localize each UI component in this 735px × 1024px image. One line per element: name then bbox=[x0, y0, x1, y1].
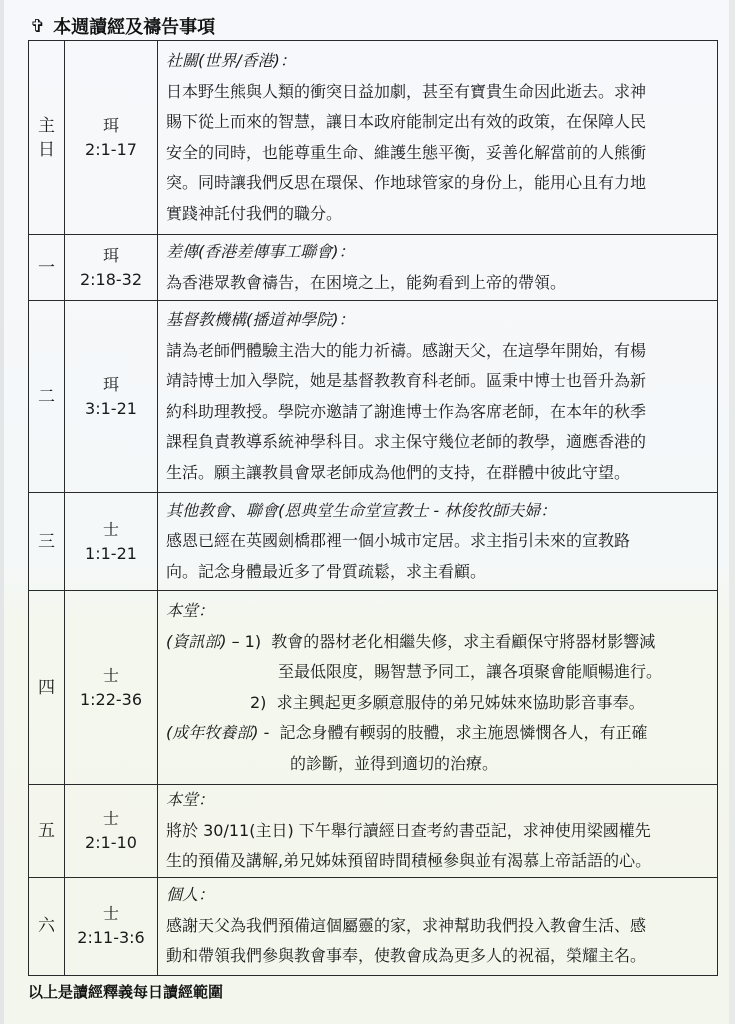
day-cell: 四 bbox=[29, 591, 65, 785]
text-line: 請為老師們體驗主浩大的能力祈禱。感謝天父，在這學年開始，有楊 bbox=[166, 336, 709, 367]
chapter-verse: 2:1-10 bbox=[66, 831, 156, 855]
category-label: 其他教會、聯會(恩典堂生命堂宣教士 - 林俊牧師夫婦： bbox=[166, 496, 709, 527]
item-number: – 1) bbox=[227, 632, 262, 651]
prayer-content: 個人： 感謝天父為我們預備這個屬靈的家，求神幫助我們投入教會生活、感 動和帶領我… bbox=[158, 877, 718, 975]
text-line: 課程負責教導系統神學科目。求主保守幾位老師的教學，適應香港的 bbox=[166, 427, 709, 458]
text-line: 至最低限度，賜智慧予同工，讓各項聚會能順暢進行。 bbox=[166, 657, 709, 688]
table-row: 一 珥 2:18-32 差傳(香港差傳事工聯會)： 為香港眾教會禱告，在困境之上… bbox=[29, 235, 718, 301]
text-line: 安全的同時，也能尊重生命、維護生態平衡，妥善化解當前的人熊衝 bbox=[166, 138, 709, 169]
text-line: 將於 30/11(主日) 下午舉行讀經日查考約書亞記，求神使用梁國權先 bbox=[166, 816, 709, 847]
reference-cell: 珥 3:1-21 bbox=[65, 301, 158, 493]
prayer-content: 社關(世界/香港)： 日本野生熊與人類的衝突日益加劇，甚至有寶貴生命因此逝去。求… bbox=[158, 41, 718, 235]
item-text: 求主興起更多願意服侍的弟兄姊妹來協助影音事奉。 bbox=[277, 693, 645, 712]
prayer-content: 其他教會、聯會(恩典堂生命堂宣教士 - 林俊牧師夫婦： 感恩已經在英國劍橋郡裡一… bbox=[158, 493, 718, 591]
book-name: 士 bbox=[66, 518, 156, 542]
chapter-verse: 1:22-36 bbox=[66, 688, 156, 712]
book-name: 珥 bbox=[66, 373, 156, 397]
day-cell: 三 bbox=[29, 493, 65, 591]
chapter-verse: 3:1-21 bbox=[66, 397, 156, 421]
text-line: 賜下從上而來的智慧，讓日本政府能制定出有效的政策，在保障人民 bbox=[166, 107, 709, 138]
chapter-verse: 2:11-3:6 bbox=[66, 926, 156, 950]
reference-cell: 士 2:11-3:6 bbox=[65, 877, 158, 975]
table-row: 五 士 2:1-10 本堂： 將於 30/11(主日) 下午舉行讀經日查考約書亞… bbox=[29, 785, 718, 878]
text-line: 感恩已經在英國劍橋郡裡一個小城市定居。求主指引未來的宣教路 bbox=[166, 526, 709, 557]
table-row: 二 珥 3:1-21 基督教機構(播道神學院)： 請為老師們體驗主浩大的能力祈禱… bbox=[29, 301, 718, 493]
text-line: 生的預備及講解,弟兄姊妹預留時間積極參與並有渴慕上帝話語的心。 bbox=[166, 846, 709, 877]
category-label: 基督教機構(播道神學院)： bbox=[166, 305, 709, 336]
text-line: 為香港眾教會禱告，在困境之上，能夠看到上帝的帶領。 bbox=[166, 268, 709, 299]
text-line: 的診斷，並得到適切的治療。 bbox=[166, 749, 709, 780]
department-label: (成年牧養部) bbox=[166, 723, 259, 742]
category-label: 社關(世界/香港)： bbox=[166, 46, 709, 77]
scrollbar-track[interactable] bbox=[729, 0, 735, 1024]
text-line: 日本野生熊與人類的衝突日益加劇，甚至有寶貴生命因此逝去。求神 bbox=[166, 77, 709, 108]
reference-cell: 士 1:22-36 bbox=[65, 591, 158, 785]
title-text: 本週讀經及禱告事項 bbox=[53, 13, 215, 39]
prayer-page: ✞ 本週讀經及禱告事項 主日 珥 2:1-17 社關(世界/香港)： 日本野生熊… bbox=[28, 12, 718, 1004]
cross-icon: ✞ bbox=[30, 16, 45, 37]
item-text: 記念身體有輭弱的肢體，求主施恩憐憫各人，有正確 bbox=[280, 723, 648, 742]
item-text: 教會的器材老化相繼失修，求主看顧保守將器材影響減 bbox=[271, 632, 655, 651]
book-name: 士 bbox=[66, 807, 156, 831]
day-cell: 六 bbox=[29, 877, 65, 975]
text-line: 感謝天父為我們預備這個屬靈的家，求神幫助我們投入教會生活、感 bbox=[166, 911, 709, 942]
reference-cell: 珥 2:18-32 bbox=[65, 235, 158, 301]
chapter-verse: 2:18-32 bbox=[66, 268, 156, 292]
category-label: 個人： bbox=[166, 880, 709, 911]
department-label: (資訊部) bbox=[166, 632, 227, 651]
prayer-content: 本堂： 將於 30/11(主日) 下午舉行讀經日查考約書亞記，求神使用梁國權先 … bbox=[158, 785, 718, 878]
table-row: 主日 珥 2:1-17 社關(世界/香港)： 日本野生熊與人類的衝突日益加劇，甚… bbox=[29, 41, 718, 235]
reference-cell: 士 1:1-21 bbox=[65, 493, 158, 591]
category-label: 本堂： bbox=[166, 785, 709, 816]
prayer-content: 本堂： (資訊部) – 1) 教會的器材老化相繼失修，求主看顧保守將器材影響減 … bbox=[158, 591, 718, 785]
table-row: 四 士 1:22-36 本堂： (資訊部) – 1) 教會的器材老化相繼失修，求… bbox=[29, 591, 718, 785]
text-line: 2) 求主興起更多願意服侍的弟兄姊妹來協助影音事奉。 bbox=[166, 688, 709, 719]
day-cell: 五 bbox=[29, 785, 65, 878]
reading-table: 主日 珥 2:1-17 社關(世界/香港)： 日本野生熊與人類的衝突日益加劇，甚… bbox=[28, 40, 718, 976]
left-edge bbox=[0, 0, 4, 1024]
category-label: 差傳(香港差傳事工聯會)： bbox=[166, 237, 709, 268]
text-line: 靖詩博士加入學院，她是基督教教育科老師。區秉中博士也晉升為新 bbox=[166, 366, 709, 397]
text-line: 向。記念身體最近多了骨質疏鬆，求主看顧。 bbox=[166, 557, 709, 588]
text-line: 突。同時讓我們反思在環保、作地球管家的身份上，能用心且有力地 bbox=[166, 168, 709, 199]
reference-cell: 士 2:1-10 bbox=[65, 785, 158, 878]
text-line: 生活。願主讓教員會眾老師成為他們的支持，在群體中彼此守望。 bbox=[166, 458, 709, 489]
chapter-verse: 2:1-17 bbox=[66, 138, 156, 162]
book-name: 士 bbox=[66, 902, 156, 926]
prayer-content: 基督教機構(播道神學院)： 請為老師們體驗主浩大的能力祈禱。感謝天父，在這學年開… bbox=[158, 301, 718, 493]
table-row: 六 士 2:11-3:6 個人： 感謝天父為我們預備這個屬靈的家，求神幫助我們投… bbox=[29, 877, 718, 975]
item-number: 2) bbox=[250, 693, 266, 712]
category-label: 本堂： bbox=[166, 596, 709, 627]
page-title: ✞ 本週讀經及禱告事項 bbox=[28, 12, 718, 40]
table-row: 三 士 1:1-21 其他教會、聯會(恩典堂生命堂宣教士 - 林俊牧師夫婦： 感… bbox=[29, 493, 718, 591]
text-line: 動和帶領我們參與教會事奉，使教會成為更多人的祝福，榮耀主名。 bbox=[166, 941, 709, 972]
book-name: 珥 bbox=[66, 244, 156, 268]
footer-note: 以上是讀經釋義每日讀經範圍 bbox=[28, 980, 718, 1004]
text-line: 約科助理教授。學院亦邀請了謝進博士作為客席老師，在本年的秋季 bbox=[166, 397, 709, 428]
day-cell: 二 bbox=[29, 301, 65, 493]
chapter-verse: 1:1-21 bbox=[66, 542, 156, 566]
text-line: (資訊部) – 1) 教會的器材老化相繼失修，求主看顧保守將器材影響減 bbox=[166, 627, 709, 658]
book-name: 士 bbox=[66, 664, 156, 688]
day-cell: 主日 bbox=[29, 41, 65, 235]
day-cell: 一 bbox=[29, 235, 65, 301]
book-name: 珥 bbox=[66, 114, 156, 138]
text-line: 實踐神託付我們的職分。 bbox=[166, 199, 709, 230]
item-number: - bbox=[259, 723, 270, 742]
prayer-content: 差傳(香港差傳事工聯會)： 為香港眾教會禱告，在困境之上，能夠看到上帝的帶領。 bbox=[158, 235, 718, 301]
text-line: (成年牧養部) - 記念身體有輭弱的肢體，求主施恩憐憫各人，有正確 bbox=[166, 718, 709, 749]
reference-cell: 珥 2:1-17 bbox=[65, 41, 158, 235]
